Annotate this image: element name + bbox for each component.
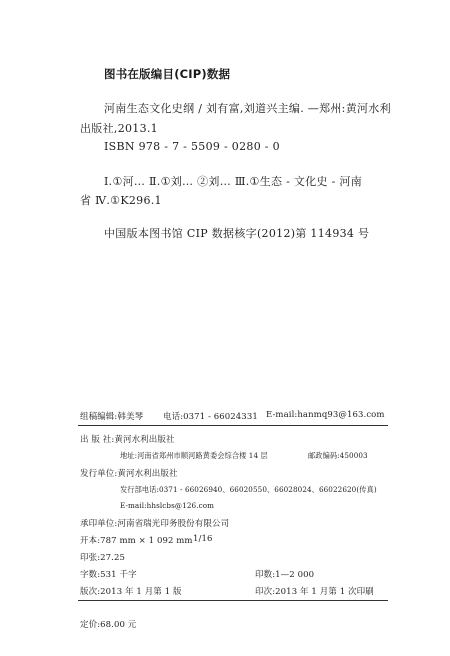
printer: 承印单位:河南省瑞光印务股份有限公司 (80, 517, 229, 529)
distributor-phone: 发行部电话:0371 - 66026940、66020550、66028024、… (120, 485, 377, 495)
book-format: 开本:787 mm × 1 092 mm (80, 534, 193, 546)
publisher-postcode: 邮政编码:450003 (308, 451, 368, 461)
printed-sheets: 印张:27.25 (80, 551, 125, 563)
acquisitions-editor: 组稿编辑:韩美琴 (80, 410, 143, 422)
cip-isbn: ISBN 978 - 7 - 5509 - 0280 - 0 (104, 140, 280, 153)
printing: 印次:2013 年 1 月第 1 次印刷 (255, 585, 374, 597)
price: 定价:68.00 元 (80, 618, 136, 630)
cip-heading: 图书在版编目(CIP)数据 (104, 66, 230, 82)
word-count: 字数:531 千字 (80, 568, 137, 580)
cip-book-entry: 河南生态文化史纲 / 刘有富,刘道兴主编. —郑州:黄河水利 (104, 100, 391, 116)
publisher: 出 版 社:黄河水利出版社 (80, 433, 175, 445)
distributor: 发行单位:黄河水利出版社 (80, 467, 178, 479)
print-run: 印数:1—2 000 (255, 568, 314, 580)
publisher-address: 地址:河南省郑州市顺河路黄委会综合楼 14 层 (120, 451, 268, 461)
edition: 版次:2013 年 1 月第 1 版 (80, 585, 182, 597)
editor-phone: 电话:0371 - 66024331 (163, 410, 258, 422)
format-fraction: 1/16 (193, 534, 213, 544)
cip-classification-line2: 省 Ⅳ.①K296.1 (80, 192, 162, 208)
editor-email: E-mail:hanmq93@163.com (266, 410, 385, 420)
distributor-email: E-mail:hhslcbs@126.com (120, 501, 214, 510)
cip-publisher-date: 出版社,2013.1 (80, 120, 158, 136)
bottom-divider (78, 600, 388, 601)
cip-approval-number: 中国版本图书馆 CIP 数据核字(2012)第 114934 号 (104, 225, 369, 241)
cip-classification-line1: Ⅰ.①河… Ⅱ.①刘… ②刘… Ⅲ.①生态 - 文化史 - 河南 (104, 173, 362, 189)
top-divider (78, 425, 388, 426)
